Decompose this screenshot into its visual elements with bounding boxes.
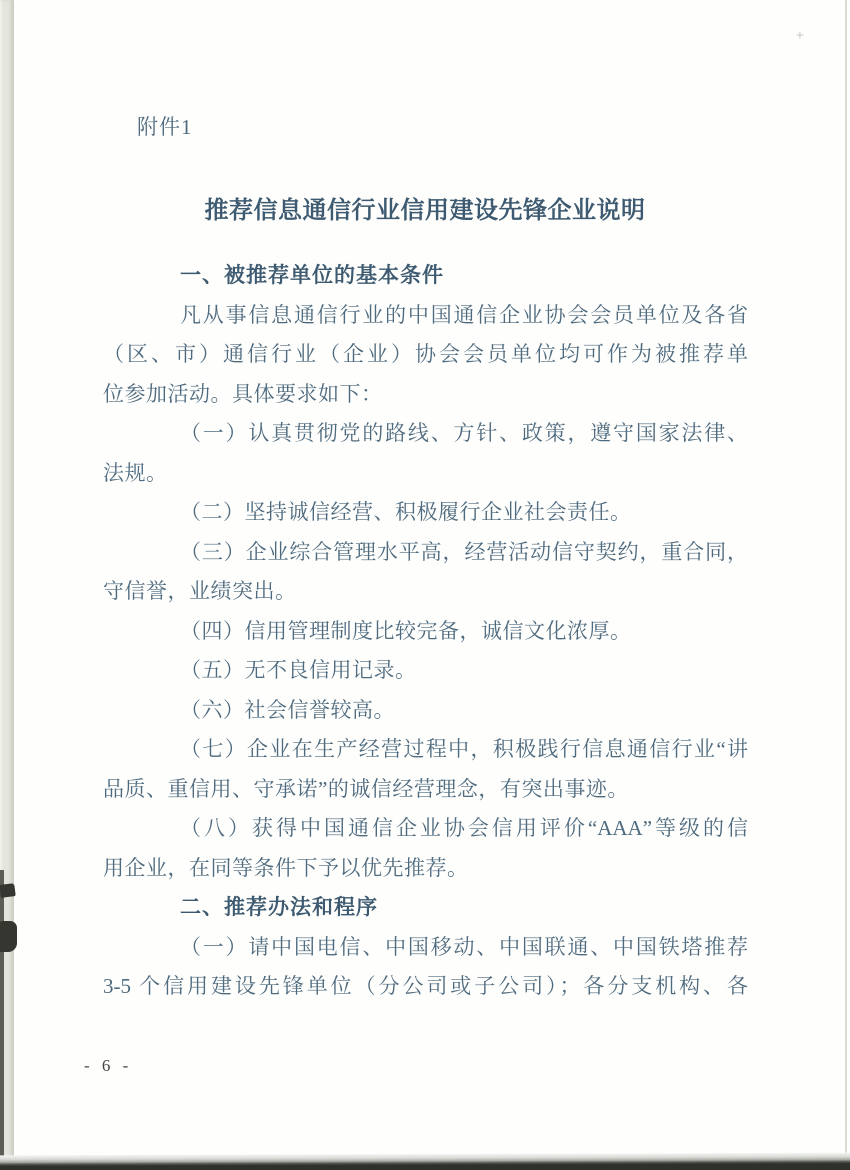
- scan-artifact-blob-large: [0, 921, 17, 952]
- body-line: 品质、重信用、守承诺”的诚信经营理念，有突出事迹。: [103, 770, 748, 810]
- scan-speck: +: [796, 28, 804, 43]
- body-line: （二）坚持诚信经营、积极履行企业社会责任。: [103, 493, 748, 533]
- body-line: 位参加活动。具体要求如下：: [103, 375, 748, 415]
- attachment-label: 附件1: [137, 111, 193, 141]
- body-line: （三）企业综合管理水平高，经营活动信守契约，重合同，: [103, 533, 748, 573]
- body-line: 3-5 个信用建设先锋单位（分公司或子公司）；各分支机构、各: [103, 967, 748, 1007]
- scanner-edge-left-shadow: [0, 870, 4, 1170]
- body-line: （七）企业在生产经营过程中，积极践行信息通信行业“讲: [103, 730, 748, 770]
- page-number: - 6 -: [84, 1056, 132, 1076]
- body-line: （四）信用管理制度比较完备，诚信文化浓厚。: [103, 612, 748, 652]
- scan-artifact-blob-small: [0, 883, 16, 898]
- body-line: （区、市）通信行业（企业）协会会员单位均可作为被推荐单: [103, 335, 748, 375]
- body-line: 守信誉，业绩突出。: [103, 572, 748, 612]
- document-body: 一、被推荐单位的基本条件凡从事信息通信行业的中国通信企业协会会员单位及各省（区、…: [103, 256, 748, 1007]
- section-heading: 二、推荐办法和程序: [103, 888, 748, 928]
- scanner-edge-right: [845, 0, 847, 1170]
- body-line: （八）获得中国通信企业协会信用评价“AAA”等级的信: [103, 809, 748, 849]
- document-title: 推荐信息通信行业信用建设先锋企业说明: [0, 190, 850, 225]
- body-line: （六）社会信誉较高。: [103, 691, 748, 731]
- body-line: （五）无不良信用记录。: [103, 651, 748, 691]
- scanned-document-page: 附件1 推荐信息通信行业信用建设先锋企业说明 一、被推荐单位的基本条件凡从事信息…: [0, 0, 850, 1170]
- body-line: 用企业，在同等条件下予以优先推荐。: [103, 849, 748, 889]
- body-line: （一）请中国电信、中国移动、中国联通、中国铁塔推荐: [103, 928, 748, 968]
- scanner-edge-bottom: [0, 1153, 850, 1170]
- body-line: （一）认真贯彻党的路线、方针、政策，遵守国家法律、: [103, 414, 748, 454]
- body-line: 法规。: [103, 454, 748, 494]
- section-heading: 一、被推荐单位的基本条件: [103, 256, 748, 296]
- body-line: 凡从事信息通信行业的中国通信企业协会会员单位及各省: [103, 296, 748, 336]
